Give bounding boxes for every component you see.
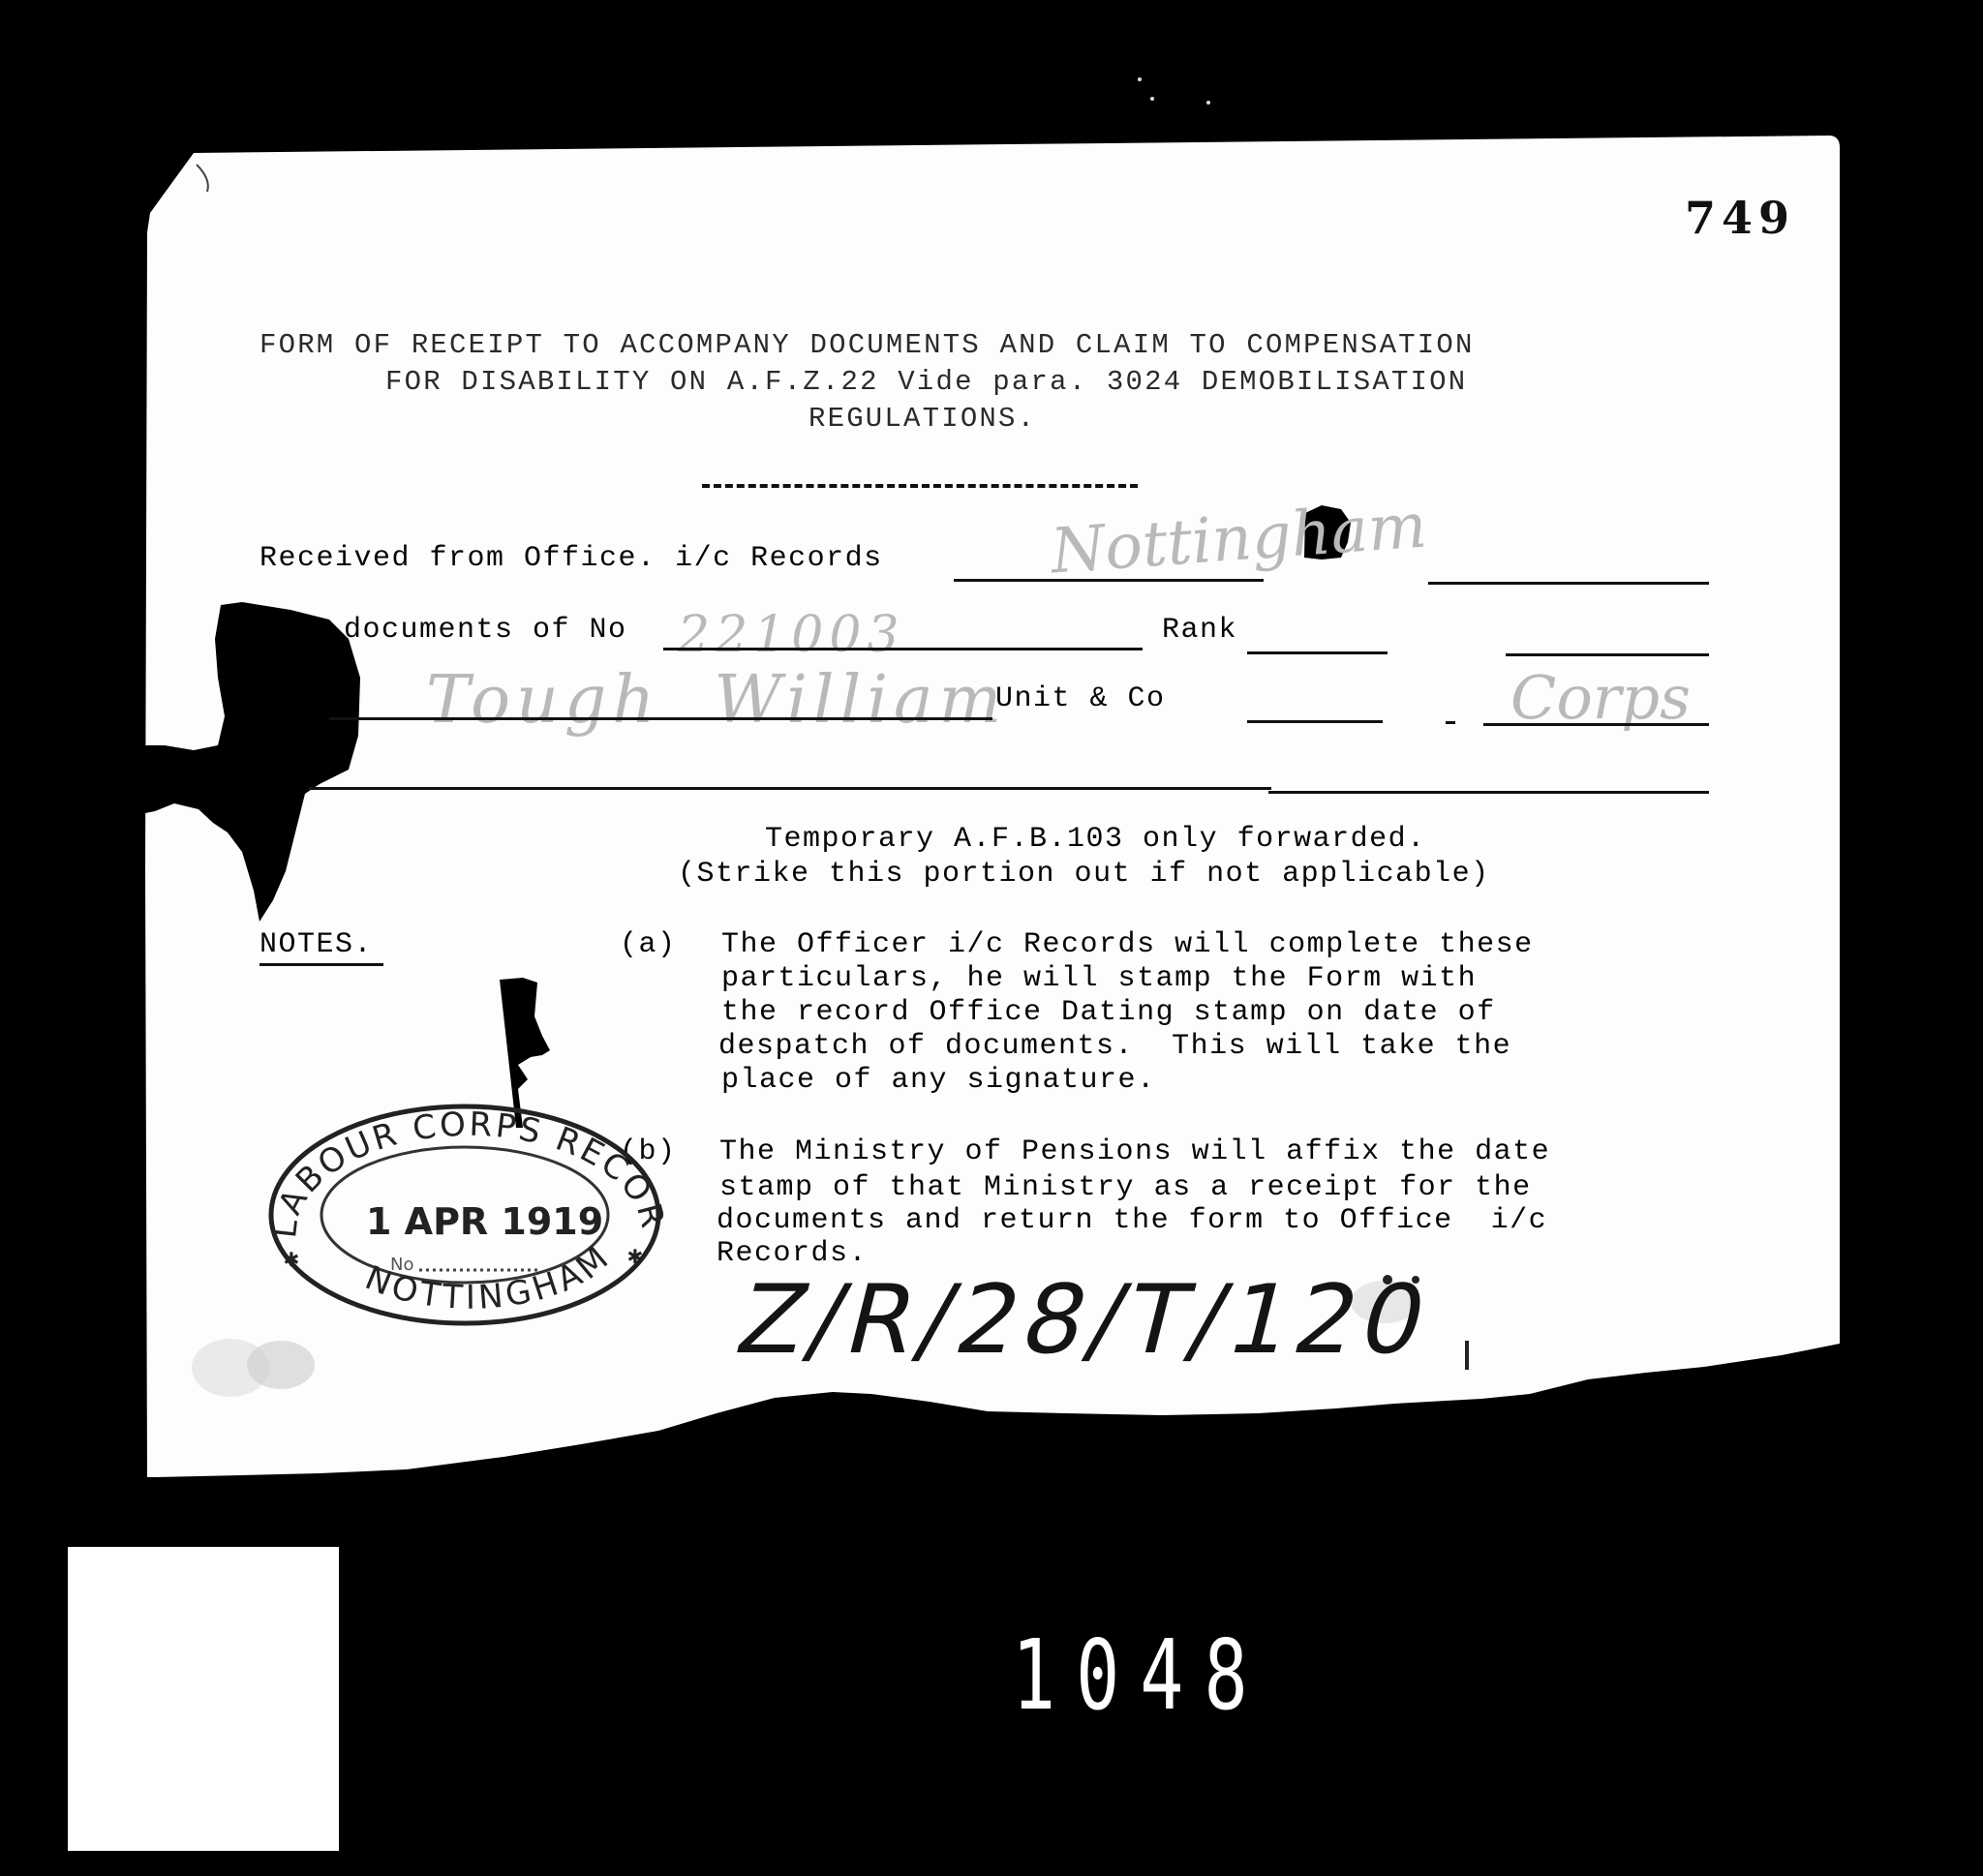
- documents-of-no-label: documents of No: [344, 616, 627, 645]
- unit-underline: [1247, 720, 1383, 723]
- rank-underline-2: [1506, 653, 1709, 656]
- unit-underline-dot: [1446, 721, 1455, 724]
- note-b-line: The Ministry of Pensions will affix the …: [719, 1137, 1550, 1166]
- stamp-bottom-text: NOTTINGHAM: [359, 1237, 618, 1317]
- rank-underline: [1247, 651, 1388, 654]
- notes-heading-underline: [259, 963, 383, 966]
- note-b-line: stamp of that Ministry as a receipt for …: [719, 1173, 1532, 1202]
- form-title-line-3: REGULATIONS.: [808, 405, 1036, 433]
- handwritten-reference: Z/R/28/T/120: [729, 1273, 1441, 1368]
- note-a-line: the record Office Dating stamp on date o…: [721, 998, 1496, 1027]
- received-from-underline-2: [1428, 582, 1709, 585]
- folio-number: 749: [1685, 192, 1795, 244]
- documents-of-no-underline: [663, 648, 1143, 651]
- star-icon: ✱: [627, 1241, 643, 1270]
- stamp-no-label: No: [390, 1255, 413, 1275]
- form-title-line-2: FOR DISABILITY ON A.F.Z.22 Vide para. 30…: [385, 368, 1467, 396]
- frame-blank-card: [68, 1547, 339, 1851]
- form-title-line-1: FORM OF RECEIPT TO ACCOMPANY DOCUMENTS A…: [259, 331, 1475, 359]
- blank-underline-2: [1268, 791, 1709, 794]
- frame-counter: 1048: [1012, 1619, 1268, 1732]
- unit-label: Unit & Co: [995, 684, 1166, 713]
- blank-underline: [308, 787, 1271, 790]
- note-b-line: documents and return the form to Office …: [717, 1206, 1547, 1235]
- name-underline: [329, 717, 992, 720]
- received-from-underline: [954, 579, 1264, 582]
- documents-of-no-value: 221003: [678, 610, 905, 660]
- note-a-marker: (a): [620, 930, 677, 959]
- note-a-line: despatch of documents. This will take th…: [718, 1032, 1511, 1061]
- note-b-line: Records.: [717, 1239, 868, 1268]
- ink-mark: [1465, 1341, 1469, 1370]
- svg-text:NOTTINGHAM: NOTTINGHAM: [359, 1237, 618, 1317]
- note-a-line: The Officer i/c Records will complete th…: [721, 930, 1534, 959]
- film-speck: [1150, 97, 1154, 101]
- smudge: [247, 1341, 315, 1389]
- star-icon: ✱: [284, 1244, 299, 1273]
- name-value: Tough William: [426, 668, 1007, 734]
- rank-label: Rank: [1162, 616, 1237, 645]
- unit-value: Corps: [1510, 668, 1691, 728]
- stamp-date: 1 APR 1919: [366, 1200, 603, 1243]
- title-divider: [702, 484, 1138, 488]
- note-a-line: place of any signature.: [721, 1066, 1156, 1095]
- film-speck: [1206, 101, 1210, 105]
- note-a-line: particulars, he will stamp the Form with: [721, 964, 1477, 993]
- notes-heading: NOTES.: [259, 930, 373, 959]
- strike-note: (Strike this portion out if not applicab…: [678, 860, 1490, 889]
- unit-underline-2: [1483, 723, 1709, 726]
- temporary-note: Temporary A.F.B.103 only forwarded.: [765, 825, 1426, 854]
- film-speck: [1138, 77, 1142, 81]
- record-office-stamp: LABOUR CORPS RECORD OFFICE NOTTINGHAM ✱ …: [259, 1094, 666, 1326]
- received-from-label: Received from Office. i/c Records: [259, 544, 883, 573]
